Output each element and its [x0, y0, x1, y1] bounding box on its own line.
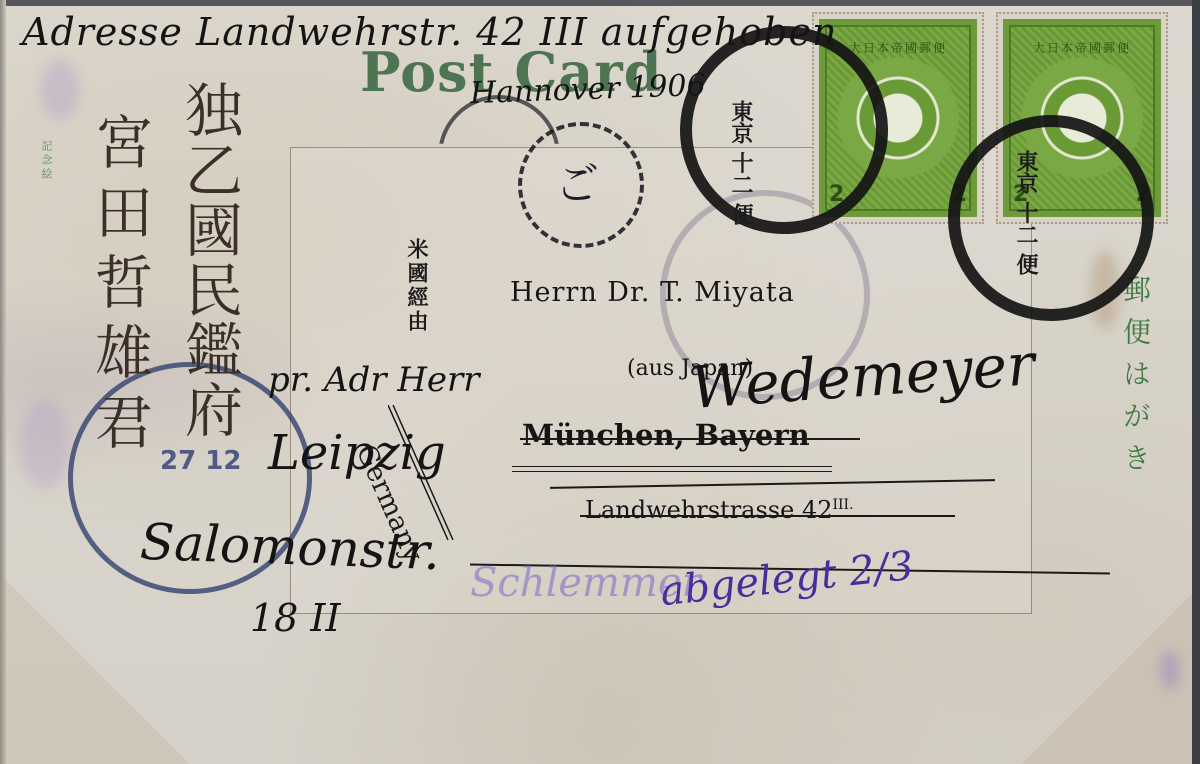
routing-note: 米國經由	[402, 238, 432, 334]
postcard-japanese-label: 郵便はがき	[1115, 275, 1155, 485]
postmark-text: 東京 十二 便	[1010, 150, 1041, 275]
purple-stain	[20, 400, 70, 490]
strikethrough-line	[520, 438, 860, 440]
handwritten-date: 18 II	[250, 596, 340, 640]
cancellation-postmark	[948, 115, 1154, 321]
purple-stain	[40, 60, 80, 120]
double-underline	[512, 471, 832, 472]
handwritten-forwarding-note: Adresse Landwehrstr. 42 III aufgehoben	[22, 10, 837, 54]
photo-corner-mount-left	[0, 574, 190, 764]
postmark-text: 東京 十二 便	[725, 100, 756, 225]
double-underline	[512, 466, 832, 467]
small-postmark-glyph: ご	[555, 148, 599, 212]
printed-recipient-name: Herrn Dr. T. Miyata	[510, 277, 795, 308]
purple-stain	[1160, 650, 1180, 690]
strikethrough-line	[580, 515, 955, 517]
handwritten-recipient-prefix: pr. Adr Herr	[268, 360, 480, 400]
stamp-country-label: 大日本帝國郵便	[1003, 39, 1161, 56]
street-name: Landwehrstrasse 42	[585, 496, 833, 524]
arrival-postmark-date: 27 12	[160, 446, 241, 476]
handwritten-new-street: Salomonstr.	[139, 513, 441, 581]
postcard: Post Card 記念絵 郵便はがき ご 大日本帝國郵便 2 2 大日本帝國郵…	[0, 0, 1200, 764]
handwritten-forwarding-note-2: Hannover 1906	[469, 68, 706, 111]
handwritten-japanese-address: 独乙國民鑑府	[180, 80, 238, 440]
handwritten-new-city: Leipzig	[268, 425, 446, 481]
printed-city: München, Bayern	[522, 418, 810, 452]
cancellation-postmark	[680, 26, 888, 234]
card-right-edge	[1192, 0, 1200, 764]
card-top-edge	[0, 0, 1200, 6]
printed-street: Landwehrstrasse 42III.	[585, 496, 854, 524]
publisher-mark: 記念絵	[38, 140, 54, 182]
handwritten-japanese-name: 宮田哲雄君	[90, 112, 148, 462]
street-floor: III.	[833, 497, 854, 513]
